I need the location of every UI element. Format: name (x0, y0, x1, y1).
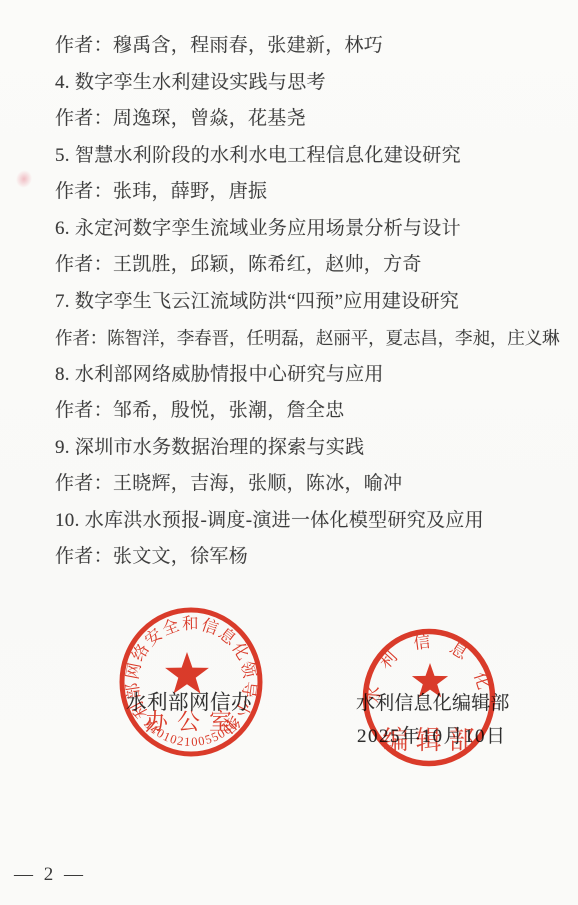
star-icon (165, 652, 209, 694)
article-title: 9. 深圳市水务数据治理的探索与实践 (55, 438, 570, 459)
ink-smudge (13, 168, 34, 190)
article-title: 4. 数字孪生水利建设实践与思考 (55, 73, 570, 94)
authors-line: 作者：穆禹含，程雨春，张建新，林巧 (55, 36, 570, 57)
left-official-seal: 水利部网络安全和信息化领导小组 办公室 11010210055066 (118, 606, 264, 758)
authors-line: 作者：张文文，徐军杨 (55, 547, 570, 568)
authors-line: 作者：陈智洋，李春晋，任明磊，赵丽平，夏志昌，李昶，庄义琳 (55, 328, 570, 349)
authors-line: 作者：张玮，薛野，唐振 (55, 182, 570, 203)
article-title: 10. 水库洪水预报-调度-演进一体化模型研究及应用 (55, 511, 570, 532)
seal-department-text: 编辑部 (382, 726, 481, 755)
article-title: 6. 永定河数字孪生流域业务应用场景分析与设计 (55, 219, 570, 240)
article-title: 5. 智慧水利阶段的水利水电工程信息化建设研究 (55, 146, 570, 167)
authors-line: 作者：邹希，殷悦，张潮，詹全忠 (55, 401, 570, 422)
scanned-document-page: 作者：穆禹含，程雨春，张建新，林巧 4. 数字孪生水利建设实践与思考 作者：周逸… (0, 0, 578, 905)
article-title: 8. 水利部网络威胁情报中心研究与应用 (55, 365, 570, 386)
authors-line: 作者：周逸琛，曾焱，花基尧 (55, 109, 570, 130)
authors-line: 作者：王晓辉，吉海，张顺，陈冰，喻冲 (55, 474, 570, 495)
page-number: — 2 — (14, 864, 86, 886)
authors-line: 作者：王凯胜，邱颖，陈希红，赵帅，方奇 (55, 255, 570, 276)
article-title: 7. 数字孪生飞云江流域防洪“四预”应用建设研究 (55, 292, 570, 313)
star-icon (412, 663, 448, 697)
right-official-seal: 水利信息化 编辑部 (362, 628, 496, 767)
article-list: 作者：穆禹含，程雨春，张建新，林巧 4. 数字孪生水利建设实践与思考 作者：周逸… (55, 36, 570, 584)
